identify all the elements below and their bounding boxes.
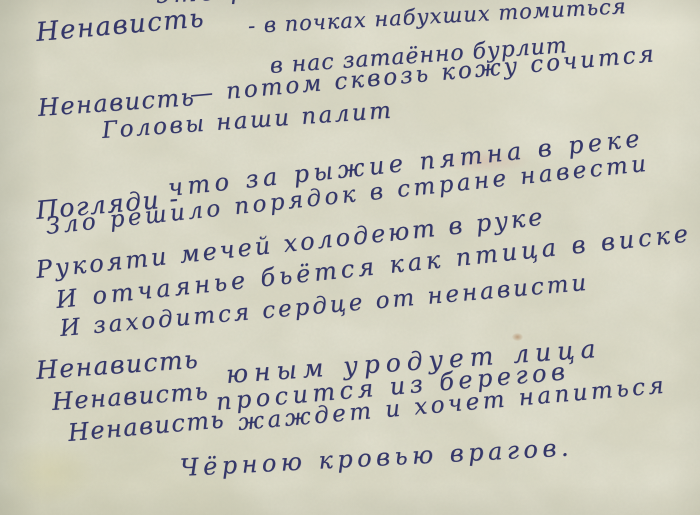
paper-stain-yellow [4,440,94,504]
manuscript-page: это раНенависть- в почках набухших томит… [0,0,700,515]
paper-stain-rust-dot [512,333,523,341]
paper-texture [0,0,700,515]
paper-stain-red-smudge [438,150,528,172]
